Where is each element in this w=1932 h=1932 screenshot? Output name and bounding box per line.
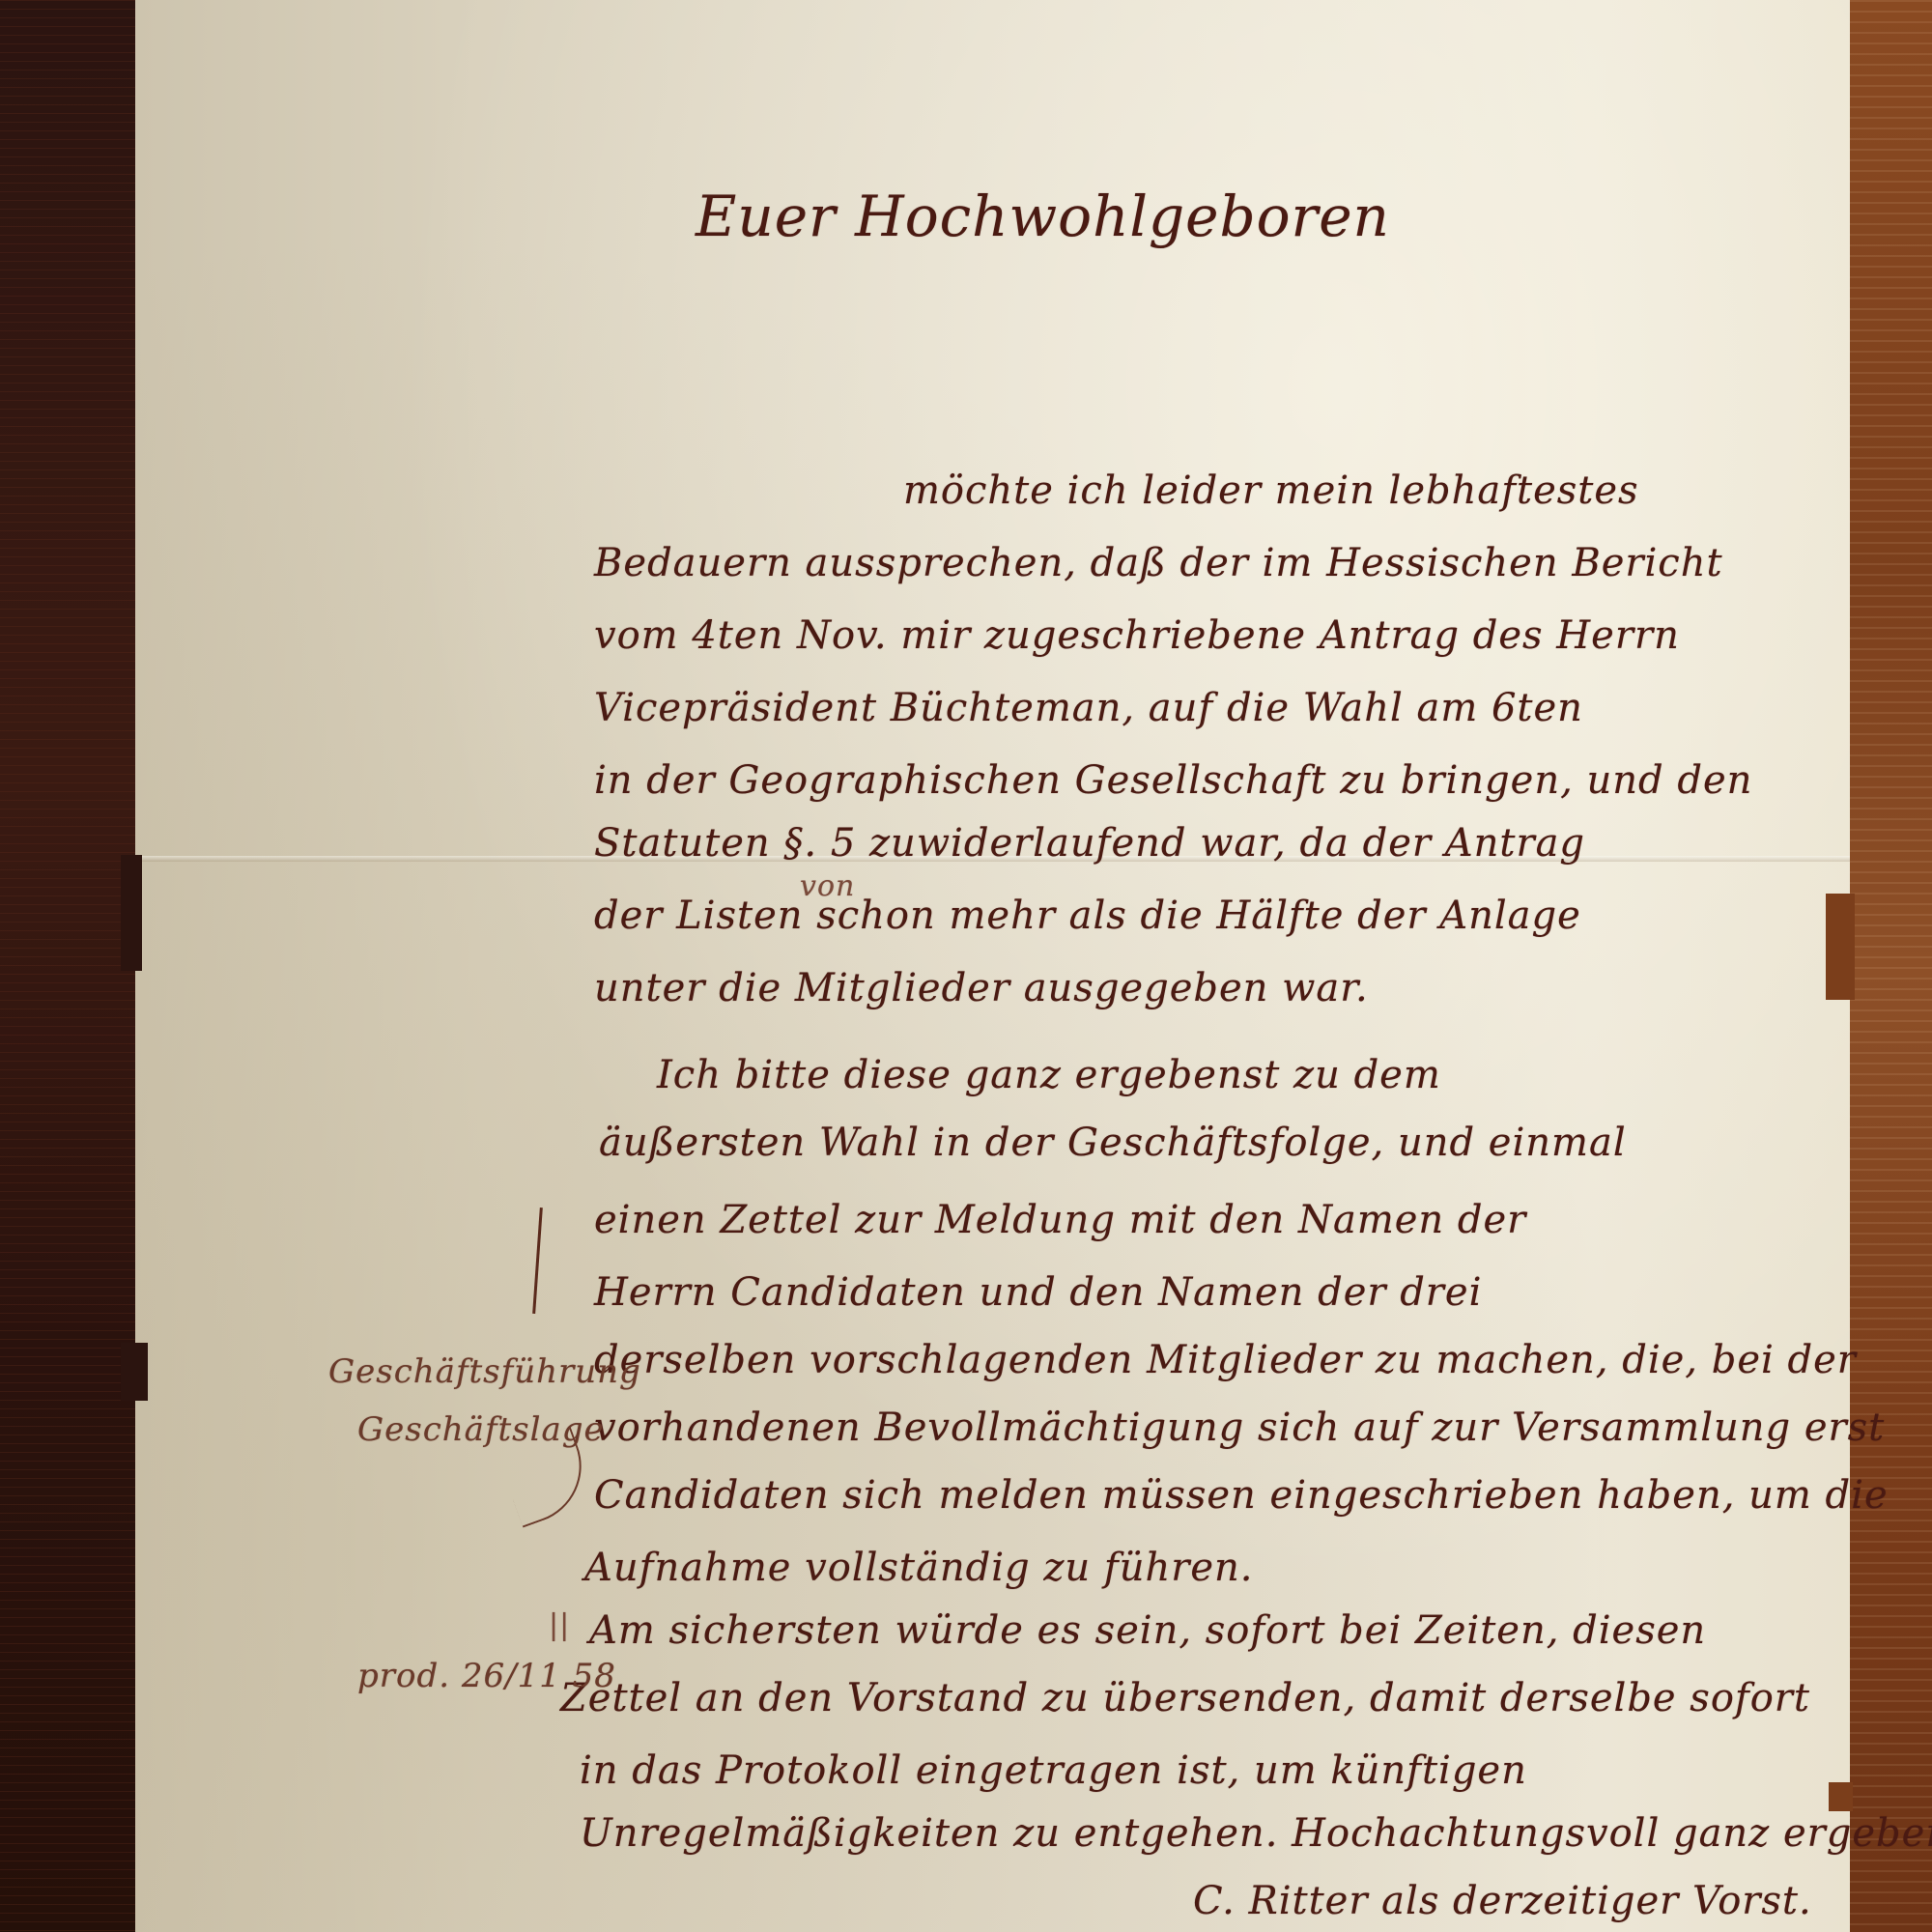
body-line-12: Herrn Candidaten und den Namen der drei (594, 1270, 1482, 1315)
body-line-14: vorhandenen Bevollmächtigung sich auf zu… (594, 1406, 1885, 1450)
paper-tear-left-lower (121, 1343, 148, 1401)
paper-tear-right-lower (1829, 1782, 1853, 1811)
body-line-18: Zettel an den Vorstand zu übersenden, da… (560, 1676, 1810, 1720)
margin-note-date: prod. 26/11 58 (357, 1657, 616, 1695)
body-line-17: Am sichersten würde es sein, sofort bei … (589, 1608, 1706, 1653)
paper-tear-left (121, 855, 142, 971)
salutation: Euer Hochwohlgeboren (696, 184, 1390, 249)
body-line-3: vom 4ten Nov. mir zugeschriebene Antrag … (594, 613, 1680, 658)
wooden-table-left (0, 0, 140, 1932)
body-line-15: Candidaten sich melden müssen eingeschri… (594, 1473, 1889, 1518)
body-line-2: Bedauern aussprechen, daß der im Hessisc… (594, 541, 1723, 585)
signature: C. Ritter als derzeitiger Vorst. (1193, 1879, 1812, 1923)
body-line-11: einen Zettel zur Meldung mit den Namen d… (594, 1198, 1526, 1242)
wooden-table-right (1847, 0, 1932, 1932)
body-line-6: Statuten §. 5 zuwiderlaufend war, da der… (594, 821, 1585, 866)
body-line-1: möchte ich leider mein lebhaftestes (903, 469, 1639, 513)
body-line-9: Ich bitte diese ganz ergebenst zu dem (657, 1053, 1441, 1097)
body-line-5: in der Geographischen Gesellschaft zu br… (594, 758, 1752, 803)
body-line-16: Aufnahme vollständig zu führen. (584, 1546, 1253, 1590)
body-line-4: Vicepräsident Büchteman, auf die Wahl am… (594, 686, 1583, 730)
paper-tear-right (1826, 894, 1855, 1000)
body-line-8: unter die Mitglieder ausgegeben war. (594, 966, 1369, 1010)
body-line-19: in das Protokoll eingetragen ist, um kün… (580, 1748, 1527, 1793)
body-line-20: Unregelmäßigkeiten zu entgehen. Hochacht… (580, 1811, 1932, 1856)
margin-mark-1: || (549, 1608, 570, 1642)
body-line-13: derselben vorschlagenden Mitglieder zu m… (594, 1338, 1857, 1382)
body-line-10: äußersten Wahl in der Geschäftsfolge, un… (599, 1121, 1627, 1165)
margin-note-1: Geschäftsführung (328, 1352, 641, 1391)
body-line-7: der Listen schon mehr als die Hälfte der… (594, 894, 1581, 938)
